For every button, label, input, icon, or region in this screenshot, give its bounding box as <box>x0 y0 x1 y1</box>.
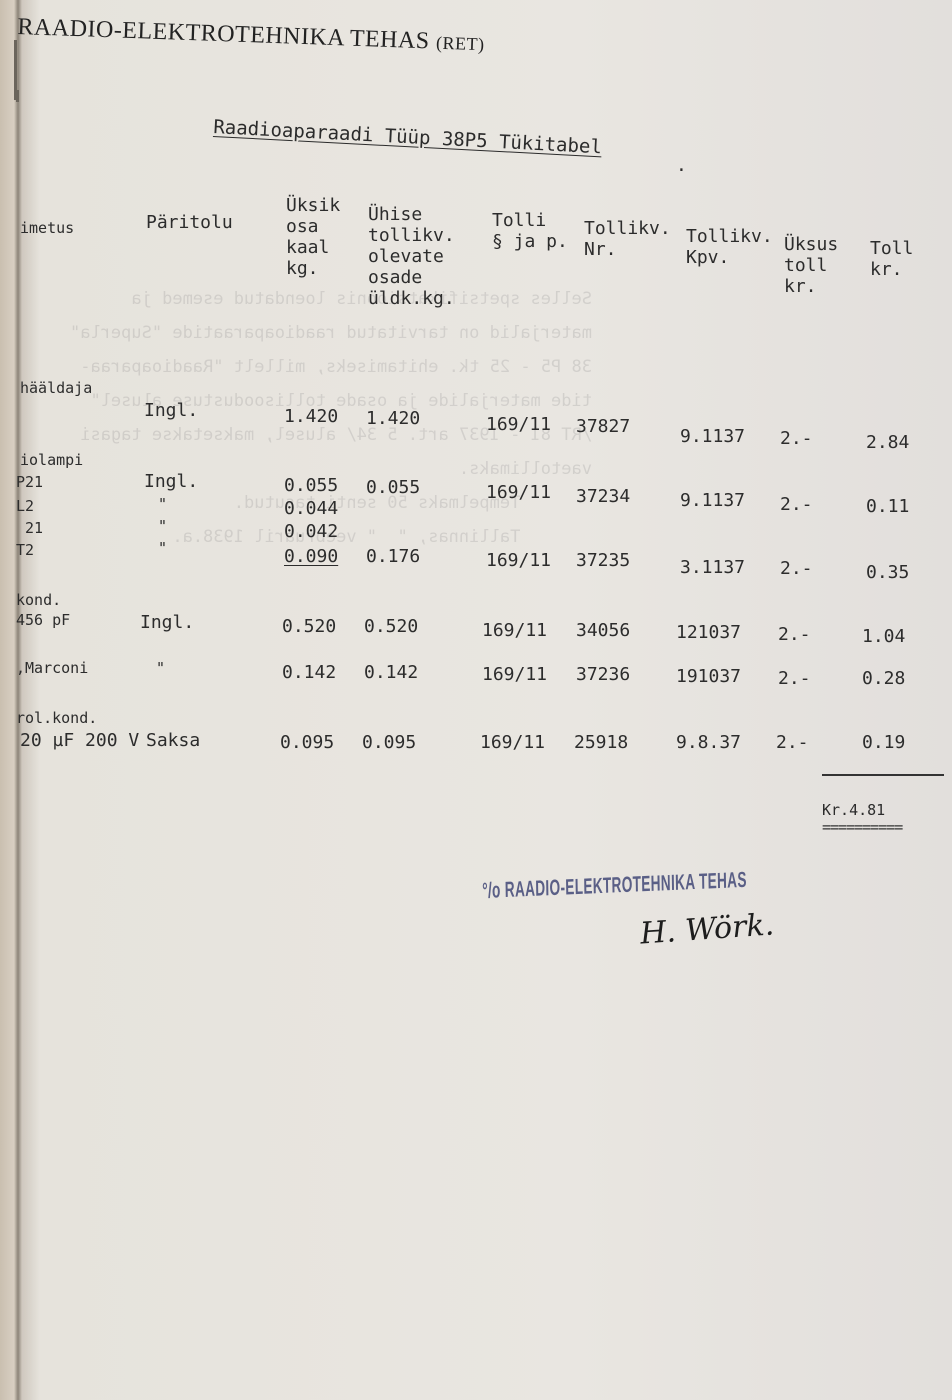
row-receipt-date: 9.1137 <box>680 490 745 512</box>
row-receipt-date: 121037 <box>676 622 741 644</box>
row-receipt-date: 191037 <box>676 666 741 688</box>
row-name: ,Marconi <box>16 658 88 678</box>
row-name-sub: 456 pF <box>16 610 70 630</box>
row-receipt-no: 37234 <box>576 486 630 508</box>
row-name-sub: L2 <box>16 496 34 516</box>
company-stamp: °/o RAADIO-ELEKTROTEHNIKA TEHAS <box>482 867 747 904</box>
row-origin: Ingl. <box>144 400 198 422</box>
company-abbreviation: (RET) <box>436 33 485 55</box>
row-receipt-date: 9.8.37 <box>676 732 741 754</box>
ditto-mark: " <box>158 538 167 558</box>
row-unit-duty: 2.- <box>776 732 809 754</box>
row-origin: Ingl. <box>144 471 198 493</box>
row-total-weight: 1.420 <box>366 408 420 430</box>
row-name-sub: 21 <box>16 518 43 538</box>
row-unit-weight: 0.095 <box>280 732 334 754</box>
row-duty: 0.28 <box>862 668 905 690</box>
row-name: rol.kond. <box>16 708 97 728</box>
row-unit-duty: 2.- <box>780 428 813 450</box>
row-receipt-no: 37827 <box>576 416 630 438</box>
ditto-mark: " <box>158 494 167 514</box>
row-tariff: 169/11 <box>482 664 547 686</box>
row-unit-weight: 1.420 <box>284 406 338 428</box>
row-unit-duty: 2.- <box>780 558 813 580</box>
page-title: Raadioaparaadi Tüüp 38P5 Tükitabel <box>213 116 603 158</box>
row-unit-weight: 0.090 <box>284 546 338 568</box>
row-unit-weight: 0.042 <box>284 521 338 543</box>
row-unit-duty: 2.- <box>778 668 811 690</box>
company-name: RAADIO-ELEKTROTEHNIKA TEHAS <box>17 14 430 54</box>
ditto-mark: " <box>156 658 165 678</box>
binding-edge <box>16 90 19 102</box>
row-receipt-no: 34056 <box>576 620 630 642</box>
col-header-total-weight: Ühise tollikv. olevate osade üldk.kg. <box>368 204 455 309</box>
col-header-unit-duty: Üksus toll kr. <box>784 234 838 297</box>
signature: H. Wörk. <box>639 907 775 951</box>
row-duty: 1.04 <box>862 626 905 648</box>
row-total-weight: 0.055 <box>366 477 420 499</box>
col-header-name: imetus <box>20 218 74 238</box>
row-duty: 2.84 <box>866 432 909 454</box>
row-duty: 0.11 <box>866 496 909 518</box>
row-tariff: 169/11 <box>480 732 545 754</box>
row-unit-weight: 0.055 <box>284 475 338 497</box>
row-name-sub: T2 <box>16 540 34 560</box>
title-period: . <box>676 155 687 177</box>
row-duty: 0.35 <box>866 562 909 584</box>
row-unit-weight: 0.142 <box>282 662 336 684</box>
row-origin: Ingl. <box>140 612 194 634</box>
col-header-unit-weight: Üksik osa kaal kg. <box>286 195 340 279</box>
row-receipt-date: 9.1137 <box>680 426 745 448</box>
row-receipt-no: 37235 <box>576 550 630 572</box>
row-duty: 0.19 <box>862 732 905 754</box>
row-name: iolampi <box>20 450 83 470</box>
letterhead: RAADIO-ELEKTROTEHNIKA TEHAS (RET) <box>17 14 485 57</box>
row-tariff: 169/11 <box>486 414 551 436</box>
row-name-sub: 20 µF 200 V <box>20 730 139 752</box>
row-total-weight: 0.176 <box>366 546 420 568</box>
row-total-weight: 0.095 <box>362 732 416 754</box>
col-header-receipt-date: Tollikv. Kpv. <box>686 226 773 268</box>
row-tariff: 169/11 <box>486 550 551 572</box>
row-unit-weight: 0.520 <box>282 616 336 638</box>
row-receipt-no: 25918 <box>574 732 628 754</box>
total-rule <box>822 774 944 776</box>
row-receipt-date: 3.1137 <box>680 557 745 579</box>
row-name: hääldaja <box>20 378 92 398</box>
ditto-mark: " <box>158 516 167 536</box>
col-header-duty: Toll kr. <box>870 238 913 280</box>
total-amount: Kr.4.81 <box>822 800 885 820</box>
row-total-weight: 0.520 <box>364 616 418 638</box>
document-page: Selles spetsifikatsioonis loendatud esem… <box>0 0 952 1400</box>
row-tariff: 169/11 <box>486 482 551 504</box>
col-header-receipt-no: Tollikv. Nr. <box>584 218 671 260</box>
row-name: kond. <box>16 590 61 610</box>
col-header-origin: Päritolu <box>146 212 233 233</box>
row-receipt-no: 37236 <box>576 664 630 686</box>
row-tariff: 169/11 <box>482 620 547 642</box>
row-total-weight: 0.142 <box>364 662 418 684</box>
row-origin: Saksa <box>146 730 200 752</box>
total-double-rule: ========== <box>822 818 902 836</box>
row-name-sub: P21 <box>16 472 43 492</box>
row-unit-duty: 2.- <box>778 624 811 646</box>
col-header-tariff: Tolli § ja p. <box>492 210 568 252</box>
row-unit-weight: 0.044 <box>284 498 338 520</box>
row-unit-duty: 2.- <box>780 494 813 516</box>
